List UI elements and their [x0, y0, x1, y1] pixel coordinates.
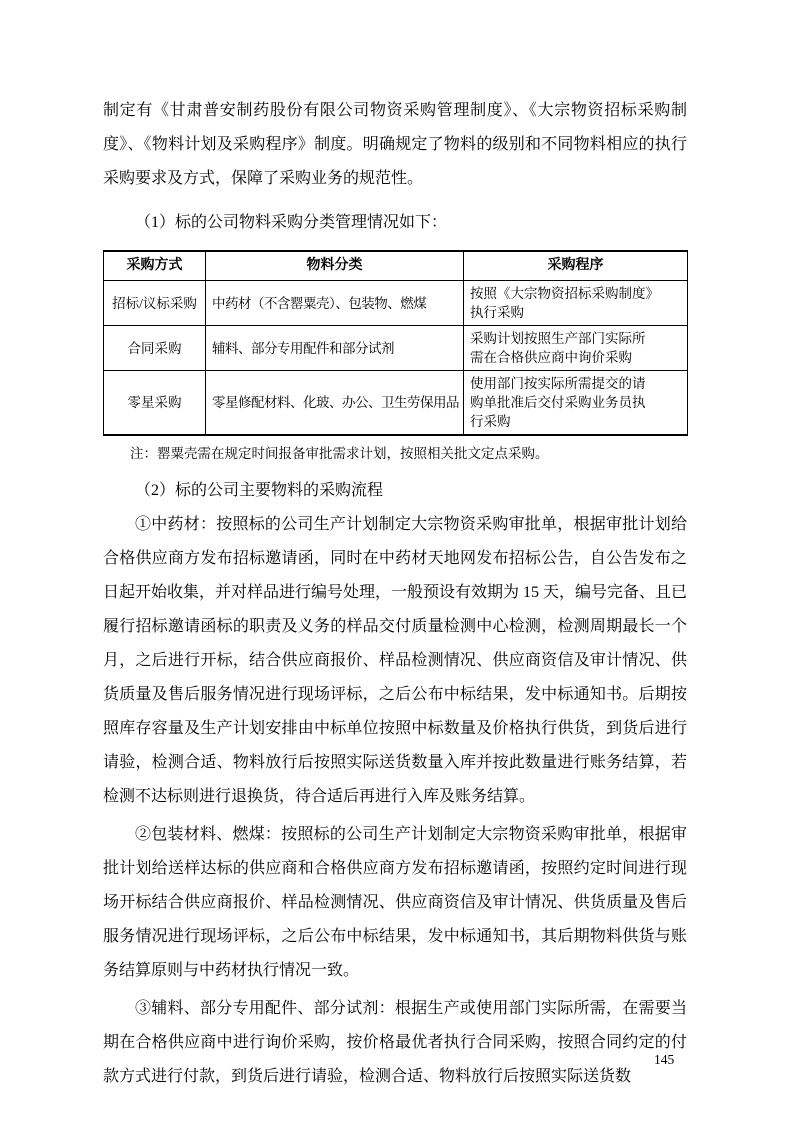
table-row: 零星采购 零星修配材料、化玻、办公、卫生劳保用品 使用部门按实际所需提交的请 购… — [104, 371, 688, 436]
document-page: 制定有《甘肃普安制药股份有限公司物资采购管理制度》、《大宗物资招标采购制度》、《… — [103, 0, 687, 1094]
cell-procedure: 使用部门按实际所需提交的请 购单批准后交付采购业务员执 行采购 — [464, 371, 688, 436]
cell-method: 合同采购 — [104, 326, 206, 371]
table-row: 合同采购 辅料、部分专用配件和部分试剂 采购计划按照生产部门实际所 需在合格供应… — [104, 326, 688, 371]
cell-category: 辅料、部分专用配件和部分试剂 — [206, 326, 464, 371]
table-header-category: 物料分类 — [206, 251, 464, 281]
table-header-procedure: 采购程序 — [464, 251, 688, 281]
heading-item-2: （2）标的公司主要物料的采购流程 — [103, 474, 687, 508]
cell-method: 零星采购 — [104, 371, 206, 436]
page-number: 145 — [654, 1052, 674, 1068]
paragraph-packaging-fuel-procurement: ②包装材料、燃煤：按照标的公司生产计划制定大宗物资采购审批单，根据审批计划给送样… — [103, 818, 687, 988]
paragraph-intro: 制定有《甘肃普安制药股份有限公司物资采购管理制度》、《大宗物资招标采购制度》、《… — [103, 94, 687, 196]
table-header-row: 采购方式 物料分类 采购程序 — [104, 251, 688, 281]
cell-procedure: 采购计划按照生产部门实际所 需在合格供应商中询价采购 — [464, 326, 688, 371]
table-row: 招标/议标采购 中药材（不含罂粟壳）、包装物、燃煤 按照《大宗物资招标采购制度》… — [104, 281, 688, 326]
table-note: 注：罂粟壳需在规定时间报备审批需求计划，按照相关批文定点采购。 — [103, 442, 687, 466]
cell-category: 零星修配材料、化玻、办公、卫生劳保用品 — [206, 371, 464, 436]
paragraph-herb-procurement: ①中药材：按照标的公司生产计划制定大宗物资采购审批单，根据审批计划给合格供应商方… — [103, 508, 687, 814]
procurement-classification-table: 采购方式 物料分类 采购程序 招标/议标采购 中药材（不含罂粟壳）、包装物、燃煤… — [103, 250, 688, 436]
cell-procedure: 按照《大宗物资招标采购制度》 执行采购 — [464, 281, 688, 326]
cell-method: 招标/议标采购 — [104, 281, 206, 326]
paragraph-accessories-procurement: ③辅料、部分专用配件、部分试剂：根据生产或使用部门实际所需，在需要当期在合格供应… — [103, 992, 687, 1094]
cell-category: 中药材（不含罂粟壳）、包装物、燃煤 — [206, 281, 464, 326]
heading-item-1: （1）标的公司物料采购分类管理情况如下： — [103, 206, 687, 240]
table-header-method: 采购方式 — [104, 251, 206, 281]
